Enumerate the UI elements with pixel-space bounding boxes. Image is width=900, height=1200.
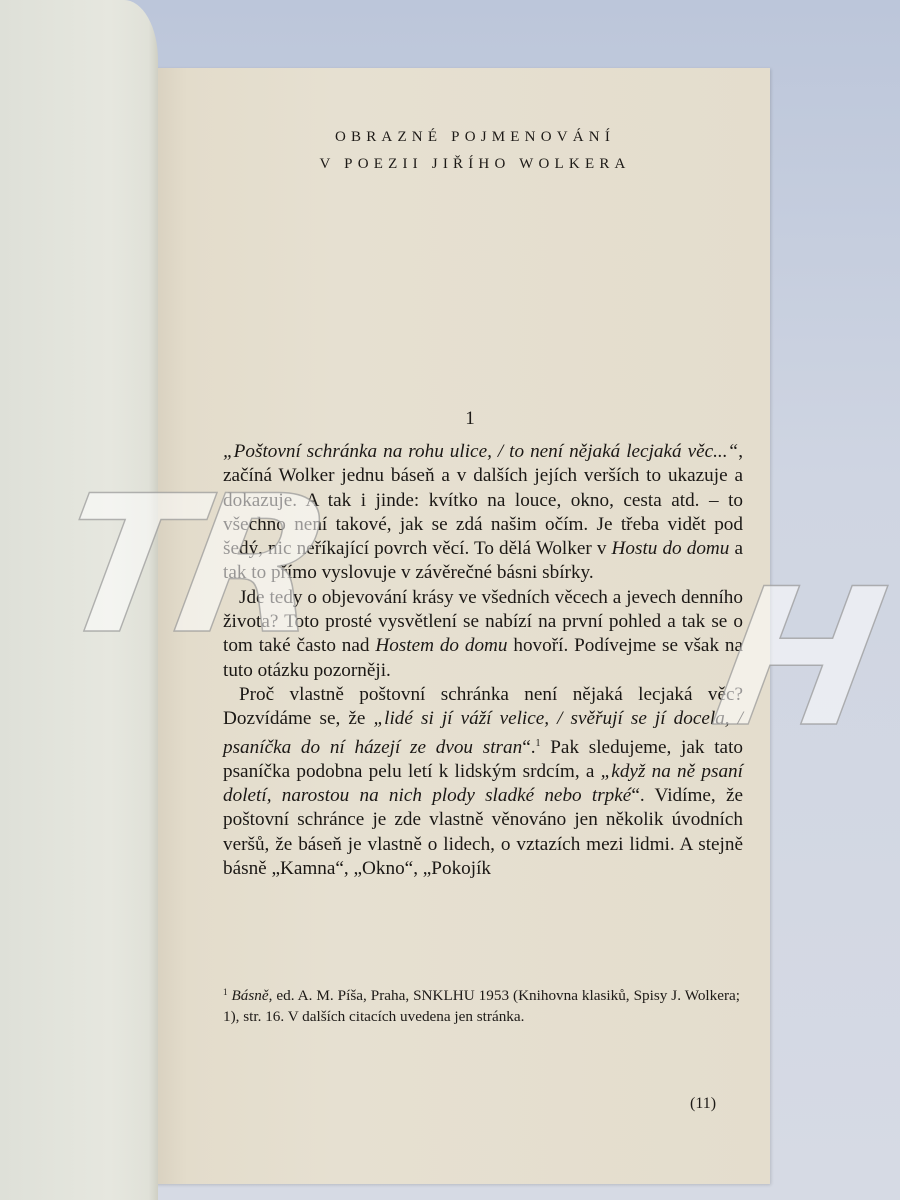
left-page-edge: [0, 0, 158, 1200]
footnote-book-title: Básně: [231, 987, 268, 1004]
book-title: Hostem do domu: [375, 635, 507, 656]
chapter-title: OBRAZNÉ POJMENOVÁNÍ V POEZII JIŘÍHO WOLK…: [150, 124, 770, 178]
paragraph-2: Jde tedy o objevování krásy ve všedních …: [223, 586, 743, 683]
poem-quote: „Poštovní schránka na rohu ulice, / to n…: [223, 441, 738, 462]
page-number: (11): [690, 1095, 716, 1113]
footnote-text: , ed. A. M. Píša, Praha, SNKLHU 1953 (Kn…: [223, 987, 740, 1025]
paragraph-3: Proč vlastně poštovní schránka není něja…: [223, 683, 743, 881]
body-text: „Poštovní schránka na rohu ulice, / to n…: [223, 440, 743, 881]
section-number: 1: [150, 408, 790, 430]
paragraph-1: „Poštovní schránka na rohu ulice, / to n…: [223, 440, 743, 586]
footnote-marker: 1: [223, 987, 228, 997]
chapter-title-line-2: V POEZII JIŘÍHO WOLKERA: [150, 151, 770, 178]
footnote: 1 Básně, ed. A. M. Píša, Praha, SNKLHU 1…: [223, 982, 740, 1027]
chapter-title-line-1: OBRAZNÉ POJMENOVÁNÍ: [150, 124, 770, 151]
book-title: Hostu do domu: [612, 538, 730, 559]
